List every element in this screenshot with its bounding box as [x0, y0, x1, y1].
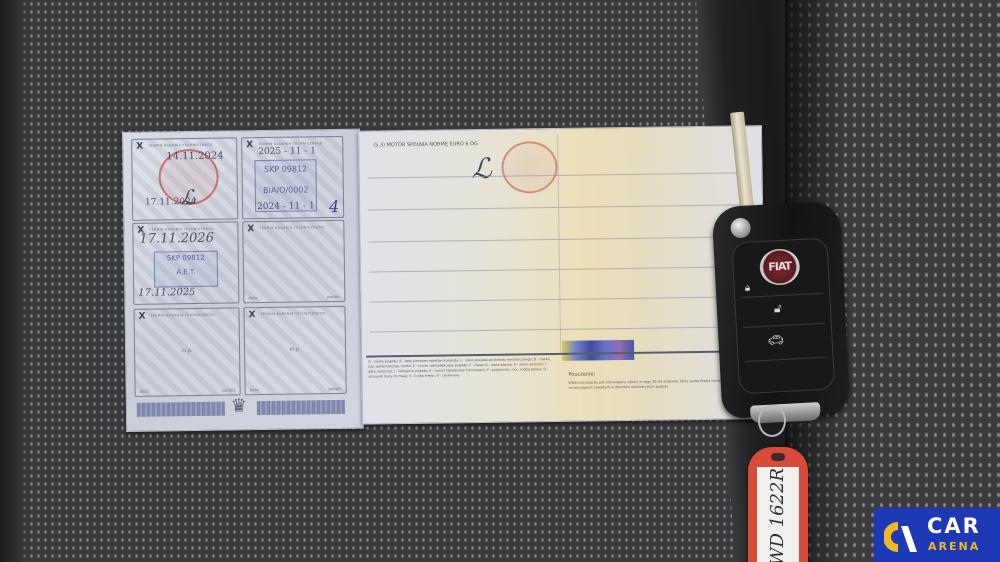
legend-text: A - marka pojazdu; B - data pierwszej re… [368, 357, 556, 380]
lock-icon[interactable]: 🔒︎ [745, 283, 751, 294]
cell-mark: X [247, 224, 254, 234]
key-ring [758, 405, 786, 437]
cell-header: TERMIN BADANIA TECHNICZNEGO [261, 311, 326, 316]
signature: ℒ [471, 152, 492, 185]
brand-name-arena: ARENA [928, 540, 980, 553]
cell-mark: X [249, 310, 256, 320]
blade-release-button[interactable] [730, 217, 751, 238]
hologram-sticker [562, 340, 634, 361]
notice-title: Pouczenie: [568, 372, 595, 377]
inspection-cell: X TERMIN BADANIA TECHNICZNEGO m.p. data … [133, 307, 240, 396]
cell-seal-label: m.p. [245, 346, 345, 353]
button-divider [745, 357, 827, 362]
cell-header: TERMIN BADANIA TECHNICZNEGO [151, 313, 216, 318]
euro-norm-note: (5.3) MOTOR SPEŁNIA NORMĘ EURO 6 DG [373, 142, 478, 148]
security-band-right [257, 400, 345, 415]
inspection-cell: X TERMIN BADANIA TECHNICZNEGO data podpi… [242, 220, 345, 303]
registration-certificate: X TERMIN BADANIA TECHNICZNEGO 14.11.2024… [122, 123, 766, 432]
stamp-line1: SKP 09812 [155, 254, 217, 263]
inspection-page: X TERMIN BADANIA TECHNICZNEGO 14.11.2024… [122, 129, 364, 432]
inspection-cell: X TERMIN BADANIA TECHNICZNEGO m.p. data … [243, 306, 346, 395]
date-top: 14.11.2024 [166, 151, 223, 163]
notes-page: (5.3) MOTOR SPEŁNIA NORMĘ EURO 6 DG ℒ A … [358, 125, 766, 425]
date-top: 17.11.2026 [139, 231, 214, 247]
page-divider [557, 135, 561, 353]
fiat-key-fob: FIAT 🔒︎ 🔓︎ 🚗︎ [712, 201, 851, 419]
cell-date-label: data [250, 387, 259, 392]
fob-button-panel: FIAT 🔒︎ 🔓︎ 🚗︎ [731, 237, 835, 394]
cell-date-label: data [248, 295, 257, 300]
security-band-left [137, 402, 225, 417]
inspection-cell: X TERMIN BADANIA TECHNICZNEGO 17.11.2026… [132, 221, 239, 304]
key-tag: WD 1622R [748, 447, 808, 562]
tag-text: WD 1622R [757, 467, 799, 562]
cell-mark: X [246, 140, 253, 150]
inspection-cell: X TERMIN BADANIA TECHNICZNEGO 14.11.2024… [131, 137, 238, 220]
seat-edge [0, 0, 28, 562]
button-divider [741, 293, 823, 298]
car-arena-watermark: CAR ARENA [874, 508, 1000, 562]
stamp-line1: SKP 09812 [255, 164, 315, 174]
cell-mark: X [139, 312, 146, 322]
signature: ℒ [181, 185, 196, 209]
tag-hole [771, 453, 785, 461]
cell-signature-label: podpis [327, 294, 340, 299]
date-bottom: 17.11.2025 [138, 287, 195, 299]
stamp-line2: BIA/O/0002 [256, 185, 316, 195]
fiat-logo: FIAT [759, 248, 801, 286]
date-bottom: 2024 - 11 - 1 [257, 201, 315, 212]
handwritten-mark: 4 [329, 197, 339, 216]
cell-seal-label: m.p. [135, 347, 239, 354]
stamp-line2: A.E.T. [155, 268, 217, 277]
cell-signature-label: podpis [222, 387, 235, 392]
inspection-cell: X TERMIN BADANIA TECHNICZNEGO 2025 - 11 … [241, 136, 344, 219]
cell-header: TERMIN BADANIA TECHNICZNEGO [148, 143, 213, 148]
cell-mark: X [136, 142, 143, 152]
polish-eagle-icon: ♛ [231, 395, 247, 416]
car-arena-logo-icon [884, 520, 918, 554]
date-top: 2025 - 11 - 1 [258, 146, 316, 157]
button-divider [743, 323, 825, 328]
cell-signature-label: podpis [328, 386, 341, 391]
unlock-icon[interactable]: 🔓︎ [774, 301, 783, 316]
cell-date-label: data [140, 389, 149, 394]
red-stamp [501, 141, 558, 194]
brand-name-car: CAR [927, 514, 981, 538]
notice-text: Właściciel pojazdu jest zobowiązany zgło… [569, 378, 739, 390]
tag-label: WD 1622R [757, 467, 799, 562]
cell-header: TERMIN BADANIA TECHNICZNEGO [259, 225, 324, 230]
blue-stamp: SKP 09812 A.E.T. [154, 251, 218, 288]
trunk-icon[interactable]: 🚗︎ [767, 333, 784, 349]
